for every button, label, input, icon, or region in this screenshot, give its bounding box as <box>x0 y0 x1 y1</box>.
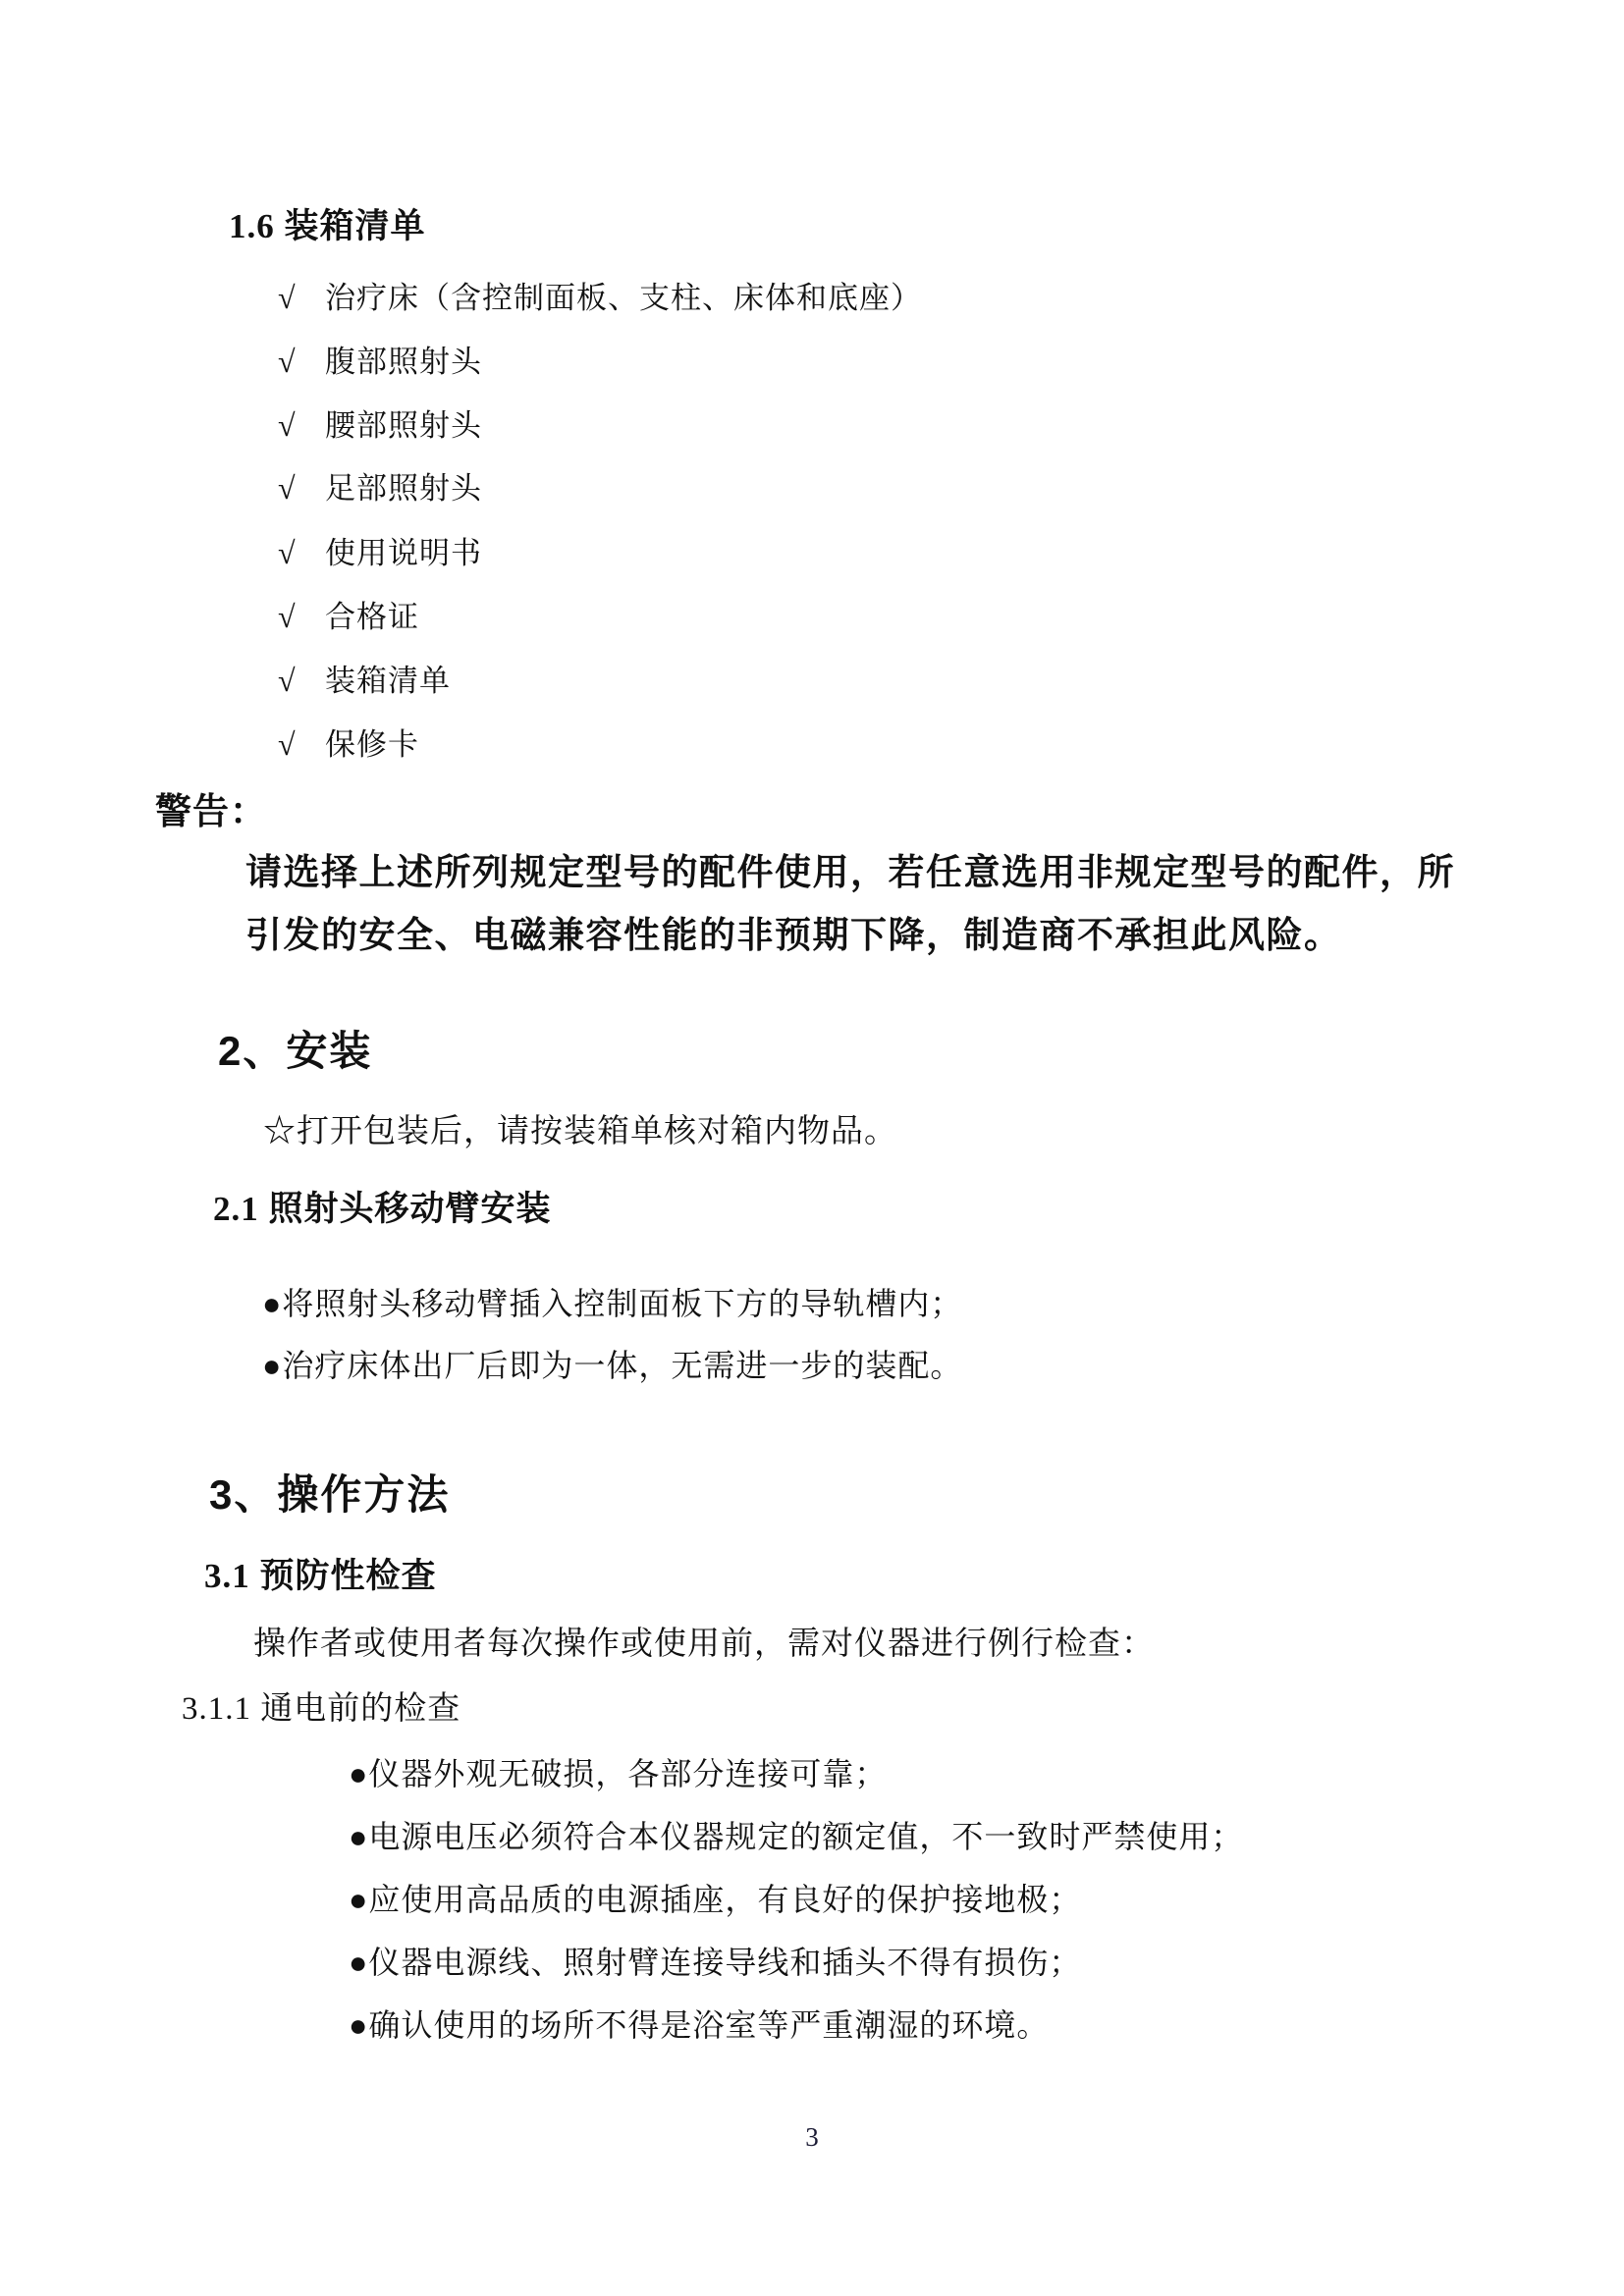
check-icon: √ <box>278 470 325 507</box>
preventive-check-heading: 3.1 预防性检查 <box>204 1549 437 1598</box>
check-icon: √ <box>278 535 325 571</box>
bullet-item: ●治疗床体出厂后即为一体，无需进一步的装配。 <box>262 1341 962 1386</box>
bullet-item: ●应使用高品质的电源插座，有良好的保护接地极； <box>349 1875 1081 1920</box>
check-icon: √ <box>278 663 325 699</box>
check-item: √足部照射头 <box>278 463 482 507</box>
preventive-check-intro: 操作者或使用者每次操作或使用前，需对仪器进行例行检查： <box>253 1618 1155 1664</box>
check-icon: √ <box>278 344 325 380</box>
chapter-heading-installation: 2、安装 <box>218 1019 372 1078</box>
bullet-item: ●将照射头移动臂插入控制面板下方的导轨槽内； <box>262 1279 962 1324</box>
pre-power-check-heading: 3.1.1 通电前的检查 <box>182 1682 460 1729</box>
check-icon: √ <box>278 726 325 763</box>
check-item-label: 装箱清单 <box>325 664 451 698</box>
packing-list-heading: 1.6 装箱清单 <box>229 199 426 248</box>
bullet-item: ●电源电压必须符合本仪器规定的额定值，不一致时严禁使用； <box>349 1812 1243 1857</box>
chapter-heading-operation: 3、操作方法 <box>209 1463 450 1522</box>
check-item: √腹部照射头 <box>278 337 482 381</box>
check-item: √合格证 <box>278 592 419 636</box>
check-icon: √ <box>278 407 325 444</box>
document-page: 1.6 装箱清单 √治疗床（含控制面板、支柱、床体和底座） √腹部照射头 √腰部… <box>0 0 1624 2296</box>
warning-text-line: 请选择上述所列规定型号的配件使用，若任意选用非规定型号的配件，所 <box>245 842 1455 895</box>
check-item: √治疗床（含控制面板、支柱、床体和底座） <box>278 273 922 317</box>
warning-text-line: 引发的安全、电磁兼容性能的非预期下降，制造商不承担此风险。 <box>245 905 1342 958</box>
check-icon: √ <box>278 599 325 635</box>
check-item: √腰部照射头 <box>278 400 482 445</box>
page-number: 3 <box>0 2122 1624 2153</box>
check-item: √装箱清单 <box>278 656 451 700</box>
check-item: √保修卡 <box>278 720 419 764</box>
check-item-label: 保修卡 <box>325 727 419 762</box>
warning-label: 警告： <box>155 781 267 834</box>
bullet-item: ●仪器电源线、照射臂连接导线和插头不得有损伤； <box>349 1938 1081 1983</box>
installation-note: ☆打开包装后，请按装箱单核对箱内物品。 <box>263 1105 897 1151</box>
check-item-label: 腰部照射头 <box>325 408 482 443</box>
check-item-label: 治疗床（含控制面板、支柱、床体和底座） <box>325 281 922 315</box>
arm-install-heading: 2.1 照射头移动臂安装 <box>213 1182 552 1231</box>
check-item-label: 足部照射头 <box>325 471 482 506</box>
bullet-item: ●仪器外观无破损，各部分连接可靠； <box>349 1749 887 1794</box>
check-icon: √ <box>278 280 325 316</box>
check-item-label: 合格证 <box>325 600 419 634</box>
check-item: √使用说明书 <box>278 528 482 572</box>
check-item-label: 腹部照射头 <box>325 345 482 379</box>
check-item-label: 使用说明书 <box>325 536 482 570</box>
bullet-item: ●确认使用的场所不得是浴室等严重潮湿的环境。 <box>349 2001 1049 2046</box>
